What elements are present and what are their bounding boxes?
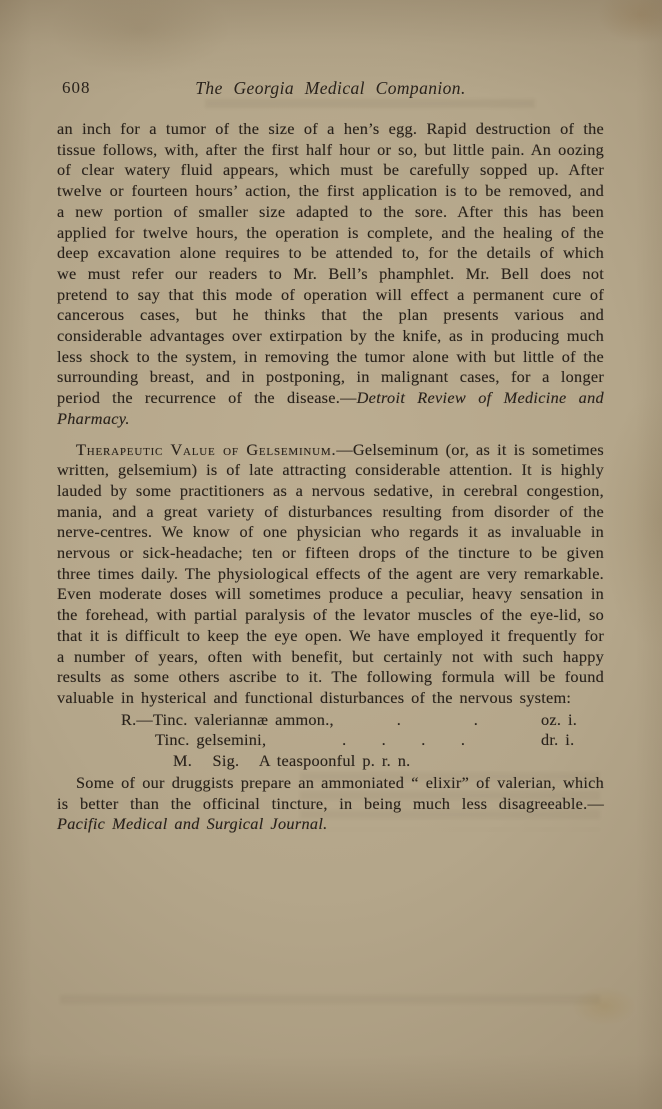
ingredient-quantity: oz. i. xyxy=(541,710,593,731)
book-page: 608 The Georgia Medical Companion. an in… xyxy=(0,0,662,1109)
paragraph-cautery-article: an inch for a tumor of the size of a hen… xyxy=(57,119,604,430)
prescription-formula: R.—Tinc. valeriannæ ammon., . . oz. i. T… xyxy=(121,710,593,772)
formula-signature: M. Sig. A teaspoonful p. r. n. xyxy=(173,751,593,772)
page-number: 608 xyxy=(62,78,91,98)
page-header: 608 The Georgia Medical Companion. xyxy=(57,78,604,100)
page-body: an inch for a tumor of the size of a hen… xyxy=(57,119,604,835)
dot-leader: . . xyxy=(334,710,541,731)
dot-leader: . . . . xyxy=(266,730,541,751)
article2-heading: Therapeutic Value of Gelseminum. xyxy=(76,440,336,459)
bleed-through-ghost xyxy=(205,99,535,116)
article1-text: an inch for a tumor of the size of a hen… xyxy=(57,119,604,407)
formula-row-valerian: R.—Tinc. valeriannæ ammon., . . oz. i. xyxy=(121,710,593,731)
article2-text: —Gelseminum (or, as it is sometimes writ… xyxy=(57,440,604,707)
citation-pacific-journal: Pacific Medical and Surgical Journal. xyxy=(57,814,328,833)
ingredient-name: R.—Tinc. valeriannæ ammon., xyxy=(121,710,334,731)
running-title: The Georgia Medical Companion. xyxy=(57,78,604,99)
ingredient-quantity: dr. i. xyxy=(541,730,593,751)
paragraph-gelseminum: Therapeutic Value of Gelseminum.—Gelsemi… xyxy=(57,440,604,709)
ingredient-name: Tinc. gelsemini, xyxy=(121,730,266,751)
formula-row-gelsemini: Tinc. gelsemini, . . . . dr. i. xyxy=(121,730,593,751)
paragraph-elixir-note: Some of our druggists prepare an ammonia… xyxy=(57,773,604,835)
article2-closing-text: Some of our druggists prepare an ammonia… xyxy=(57,773,604,813)
bleed-through-ghost xyxy=(60,995,600,1007)
